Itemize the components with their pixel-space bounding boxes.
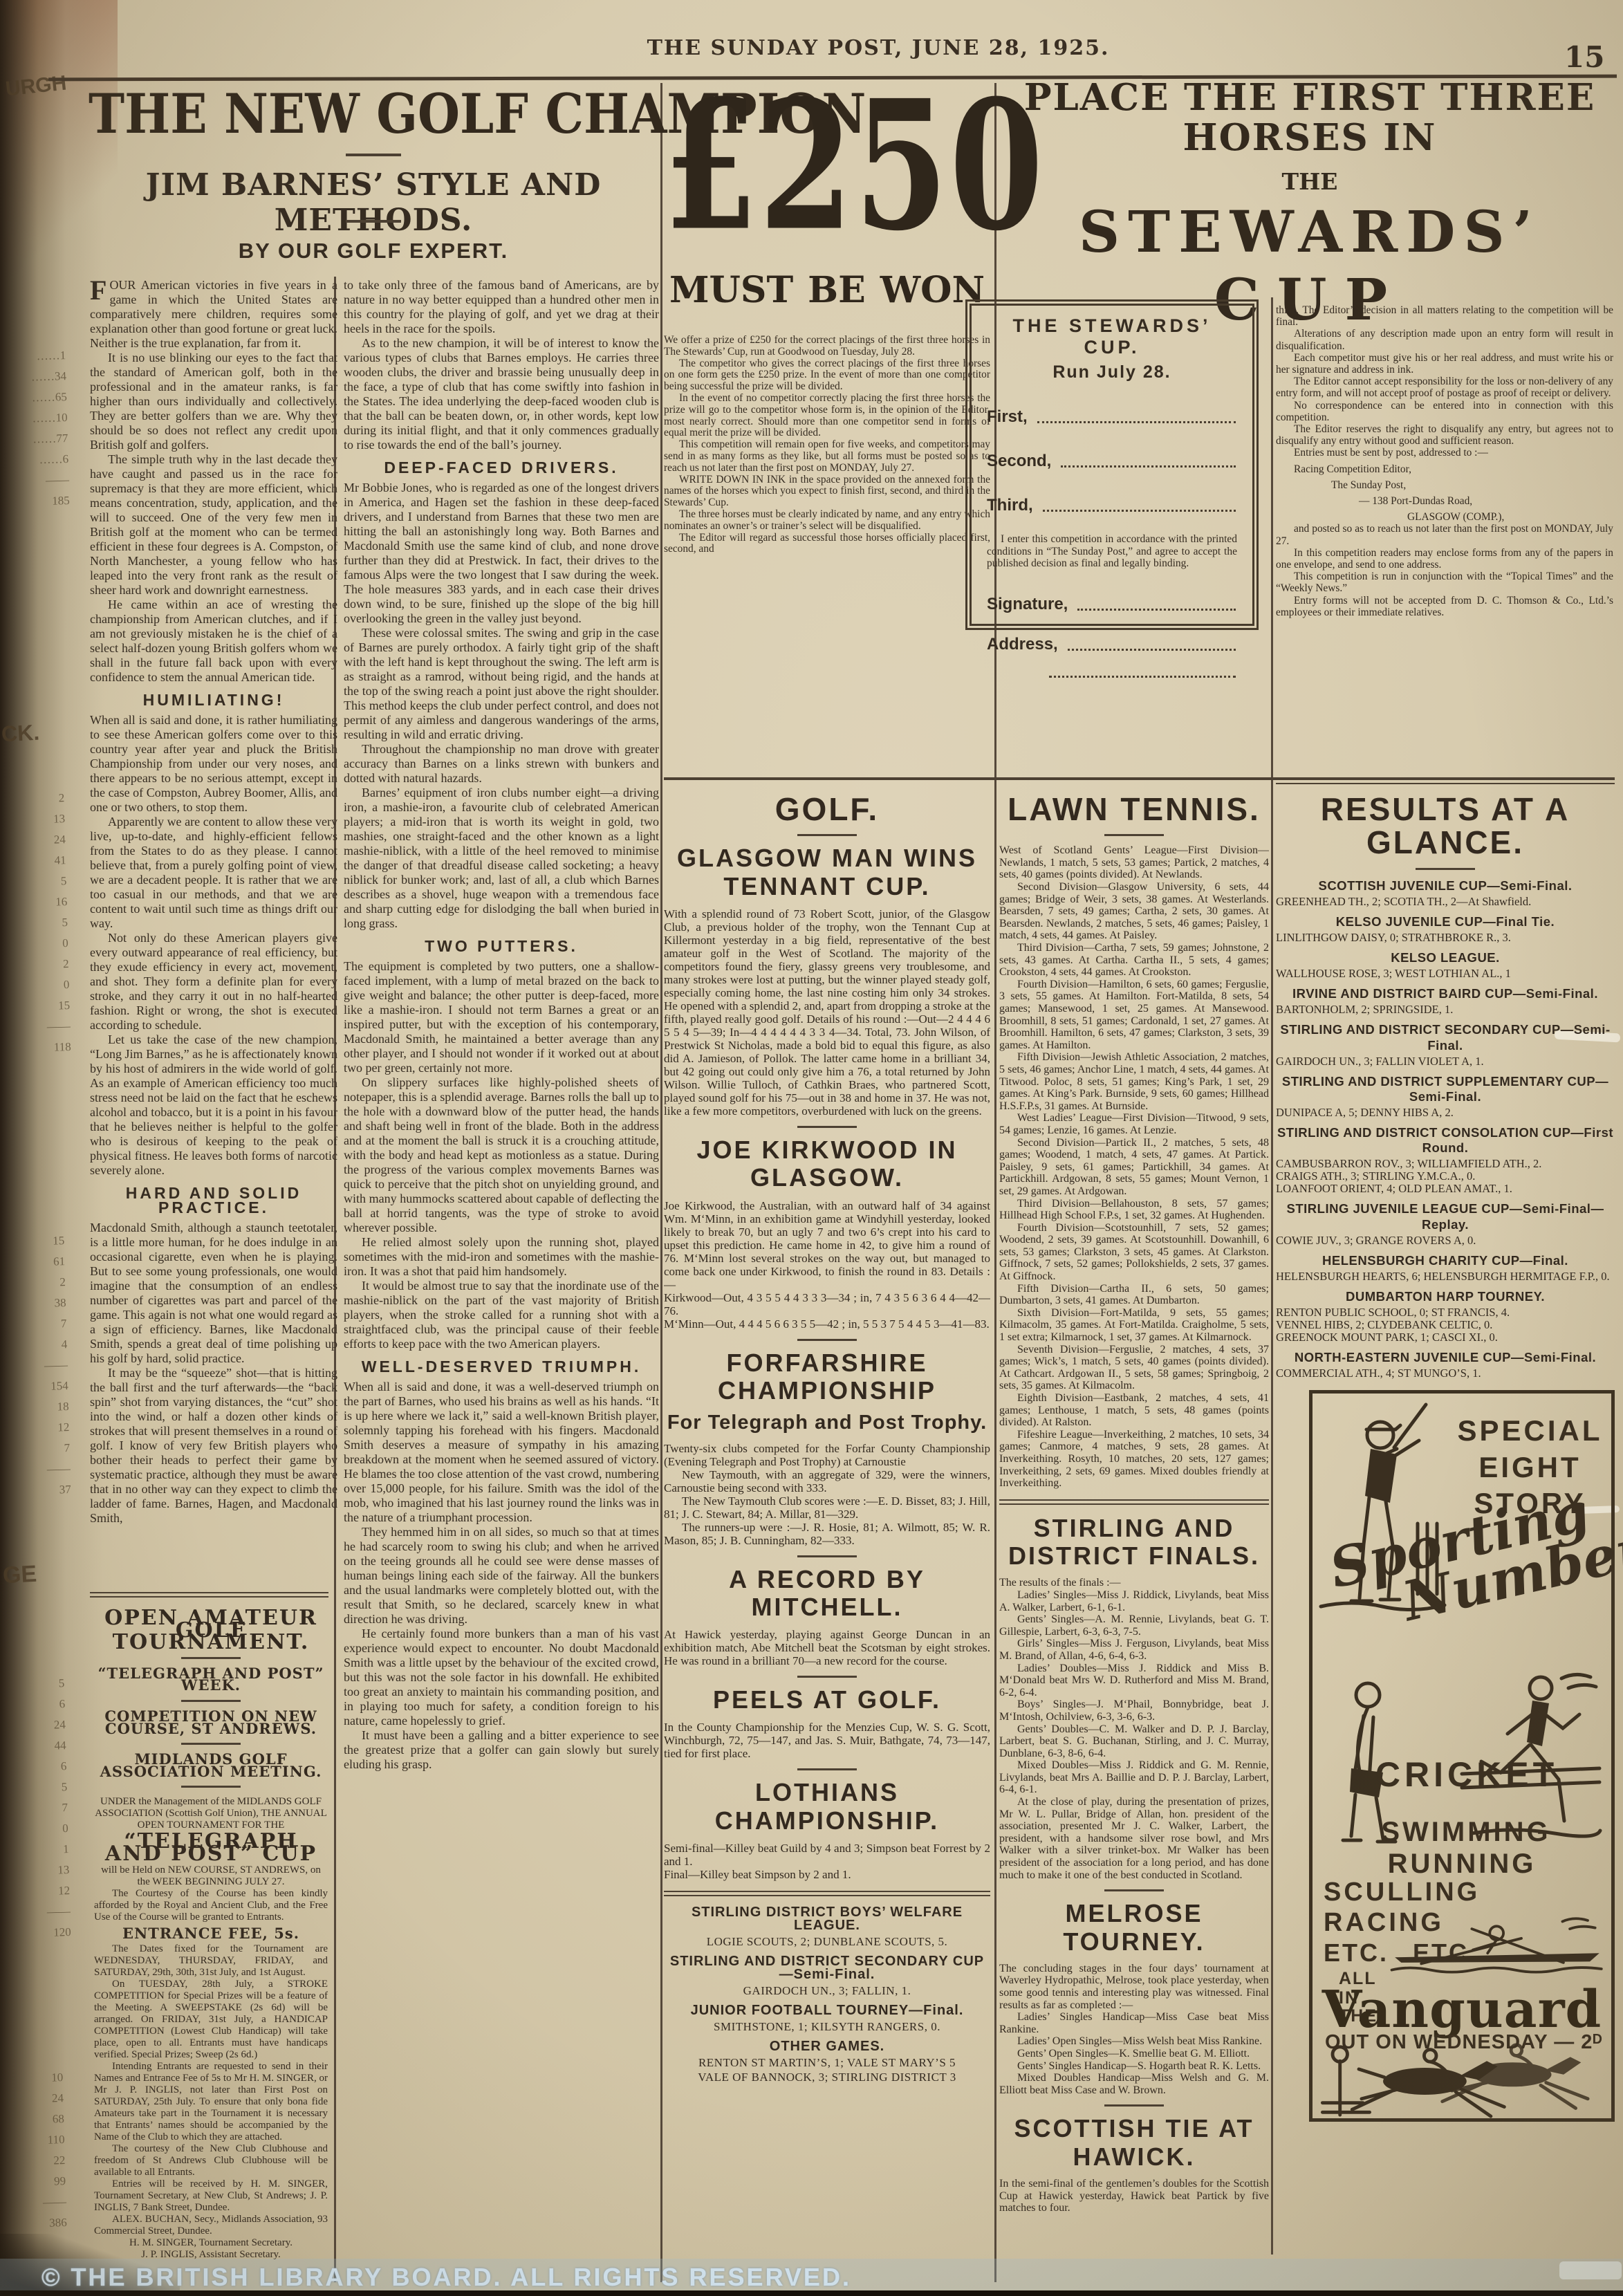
paragraph: On slippery surfaces like highly-polishe… [344, 1075, 659, 1235]
paragraph: HELENSBURGH CHARITY CUP—Final. [1276, 1253, 1615, 1268]
coupon-field-first: First, [987, 407, 1237, 427]
paragraph: 24 [17, 1714, 66, 1737]
entry-coupon: THE STEWARDS’ CUP. Run July 28. First, S… [965, 299, 1259, 630]
paragraph [797, 1126, 857, 1128]
paragraph: 10 [15, 2067, 64, 2089]
ad-word-cricket: CRICKET [1353, 1755, 1581, 1795]
paragraph: 61 [17, 1251, 66, 1273]
paragraph: The three horses must be clearly indicat… [664, 509, 990, 533]
paragraph: ……65 [18, 387, 67, 409]
paragraph: FOUR American victories in five years in… [90, 278, 337, 351]
paragraph: 13 [21, 1860, 70, 1882]
paragraph [797, 834, 857, 836]
paragraph: MELROSE TOURNEY. [999, 1900, 1269, 1956]
paragraph: Semi-final—Killey beat Guild by 4 and 3;… [664, 1842, 990, 1868]
paragraph: 2 [17, 1272, 66, 1294]
paragraph: 12 [21, 1880, 71, 1902]
gutter-numbers: 1024681102299——386 [15, 2067, 67, 2234]
paragraph: Fifth Division—Cartha II., 6 sets, 50 ga… [999, 1283, 1269, 1307]
paragraph: 386 [18, 2212, 67, 2234]
horse-race-sketch [1317, 2042, 1607, 2120]
paragraph: The Editor cannot accept responsibility … [1276, 376, 1613, 399]
paragraph: ENTRANCE FEE, 5s. [94, 1927, 328, 1940]
paragraph: 154 [19, 1376, 68, 1398]
sculler-sketch [1389, 1907, 1610, 1983]
paragraph: COWIE JUV., 3; GRANGE ROVERS A, 0. [1276, 1234, 1615, 1247]
paragraph [999, 1499, 1269, 1505]
paragraph: West Ladies’ League—First Division—Titwo… [999, 1112, 1269, 1136]
paragraph: At Hawick yesterday, playing against Geo… [664, 1628, 990, 1667]
paragraph: 5 [16, 1673, 65, 1695]
paragraph: In the County Championship for the Menzi… [664, 1721, 990, 1760]
paragraph: At the close of play, during the present… [999, 1796, 1269, 1881]
paragraph: Girls’ Singles—Miss J. Ferguson, Livylan… [999, 1638, 1269, 1662]
paragraph: and posted so as to reach us not later t… [1276, 523, 1613, 546]
paragraph: The Sunday Post, [1276, 479, 1613, 491]
paragraph: 2 [16, 788, 65, 810]
paragraph: 18 [20, 1396, 69, 1418]
paragraph: DEEP-FACED DRIVERS. [344, 461, 659, 475]
paragraph: 16 [19, 891, 68, 914]
paragraph: Eighth Division—Eastbank, 2 matches, 4 s… [999, 1392, 1269, 1429]
paragraph: The courtesy of the New Club Clubhouse a… [94, 2143, 328, 2178]
paragraph: STIRLING JUVENILE LEAGUE CUP—Semi-Final—… [1276, 1201, 1615, 1232]
column-divider-rule [90, 1592, 328, 1593]
paragraph: We offer a prize of £250 for the correct… [664, 335, 990, 358]
paragraph: Mixed Doubles—Miss J. Riddick and G. M. … [999, 1759, 1269, 1796]
paragraph: The New Taymouth Club scores were :—E. D… [664, 1494, 990, 1521]
paragraph: WRITE DOWN IN INK in the space provided … [664, 474, 990, 509]
paragraph: SCOTTISH TIE AT HAWICK. [999, 2115, 1269, 2171]
paragraph: Gents’ Open Singles—K. Smellie beat G. M… [999, 2048, 1269, 2060]
paragraph: SPECIAL [1456, 1413, 1604, 1450]
paragraph: Gents’ Singles Handicap—S. Hogarth beat … [999, 2060, 1269, 2073]
paragraph: 5 [19, 1777, 68, 1799]
paragraph: 68 [15, 2109, 64, 2131]
paragraph: CRAIGS ATH., 3; STIRLING Y.M.C.A., 0. [1276, 1170, 1615, 1183]
paragraph: —— [22, 1016, 71, 1038]
paragraph: Seventh Division—Ferguslie, 2 matches, 4… [999, 1344, 1269, 1392]
paragraph: 38 [17, 1293, 66, 1315]
paragraph: For Telegraph and Post Trophy. [664, 1411, 990, 1434]
paragraph: —— [21, 470, 70, 492]
section-rule [1276, 783, 1615, 784]
paragraph: OTHER GAMES. [664, 2040, 990, 2053]
tournament-notice: OPEN AMATEUR GOLF TOURNAMENT.“TELEGRAPH … [94, 1608, 328, 2282]
paragraph: Each competitor must give his or her rea… [1276, 352, 1613, 376]
paragraph: Second Division—Partick II., 2 matches, … [999, 1137, 1269, 1198]
paragraph: A RECORD BY MITCHELL. [664, 1566, 990, 1622]
paragraph: Apparently we are content to allow these… [90, 815, 337, 931]
ad-word-sculling: SCULLING [1324, 1878, 1480, 1907]
ad-word-swimming: SWIMMING [1362, 1817, 1570, 1848]
paragraph: STIRLING AND DISTRICT SECONDARY CUP—Semi… [664, 1955, 990, 1981]
prize-rules-text: We offer a prize of £250 for the correct… [664, 335, 990, 555]
paragraph: The equipment is completed by two putter… [344, 959, 659, 1075]
gutter-numbers: 2132441516502015——118 [16, 788, 71, 1059]
paragraph: 24 [17, 829, 66, 851]
paragraph: 44 [17, 1735, 66, 1757]
paragraph: 6 [17, 1694, 66, 1716]
scan-bottom-edge [0, 2290, 1623, 2296]
paragraph: 7 [19, 1797, 68, 1820]
masthead-title: THE SUNDAY POST, JUNE 28, 1925. [567, 36, 1189, 60]
address-field-label: Address, [987, 635, 1058, 654]
paragraph: STIRLING AND DISTRICT SUPPLEMENTARY CUP—… [1276, 1074, 1615, 1104]
lawn-tennis-column: LAWN TENNIS.West of Scotland Gents’ Leag… [999, 788, 1269, 2255]
gutter-fragment: CK. [1, 720, 40, 748]
paragraph: 0 [19, 933, 68, 955]
paragraph [181, 1700, 241, 1702]
third-field-label: Third, [987, 496, 1033, 515]
paragraph: 110 [16, 2129, 65, 2151]
paragraph [1104, 2104, 1164, 2107]
paragraph [1104, 1889, 1164, 1891]
paragraph: Twenty-six clubs competed for the Forfar… [664, 1442, 990, 1468]
paragraph: IRVINE AND DISTRICT BAIRD CUP—Semi-Final… [1276, 986, 1615, 1001]
paragraph [181, 1743, 241, 1745]
paragraph: SCOTTISH JUVENILE CUP—Semi-Final. [1276, 878, 1615, 894]
paragraph: He relied almost solely upon the running… [344, 1235, 659, 1279]
paragraph: ……1 [17, 345, 66, 367]
paragraph: —— [22, 1459, 71, 1481]
paragraph: The runners-up were :—J. R. Hosie, 81; A… [664, 1521, 990, 1547]
paragraph: RENTON PUBLIC SCHOOL, 0; ST FRANCIS, 4. [1276, 1306, 1615, 1319]
paragraph: Third Division—Cartha, 7 sets, 59 games;… [999, 942, 1269, 979]
paragraph [181, 1786, 241, 1788]
paragraph: Fourth Division—Hamilton, 6 sets, 60 gam… [999, 979, 1269, 1052]
paragraph: 7 [18, 1313, 67, 1335]
gutter-numbers: 562444657011312——120 [16, 1673, 71, 1944]
paragraph: On TUESDAY, 28th July, a STROKE COMPETIT… [94, 1979, 328, 2061]
paragraph: H. M. SINGER, Tournament Secretary. [94, 2237, 328, 2249]
paragraph: OPEN AMATEUR GOLF TOURNAMENT. [94, 1612, 328, 1649]
paragraph: DUNIPACE A, 5; DENNY HIBS A, 2. [1276, 1107, 1615, 1119]
paragraph: “TELEGRAPH AND POST” CUP [94, 1835, 328, 1860]
paragraph: COMMERCIAL ATH., 4; ST MUNGO’S, 1. [1276, 1367, 1615, 1380]
paragraph [664, 1891, 990, 1896]
paragraph: Entries will be received by H. M. SINGER… [94, 2178, 328, 2214]
paragraph: It may be the “squeeze” shot—that is hit… [90, 1366, 337, 1526]
stewards-headline-line: HORSES IN [1004, 118, 1615, 158]
paragraph: STIRLING DISTRICT BOYS’ WELFARE LEAGUE. [664, 1906, 990, 1932]
paragraph: GAIRDOCH UN., 3; FALLIN VIOLET A, 1. [1276, 1055, 1615, 1068]
paragraph: Second Division—Glasgow University, 6 se… [999, 881, 1269, 942]
paragraph: In this competition readers may enclose … [1276, 547, 1613, 571]
paragraph: The Editor reserves the right to disqual… [1276, 423, 1613, 447]
paragraph: HUMILIATING! [90, 693, 337, 707]
coupon-field-second: Second, [987, 452, 1237, 471]
paragraph: third. The Editor’s decision in all matt… [1276, 304, 1613, 328]
paragraph: It must have been a galling and a bitter… [344, 1728, 659, 1772]
paragraph: Alterations of any description made upon… [1276, 328, 1613, 351]
paragraph: 22 [17, 2150, 66, 2172]
golf-news-column: GOLF.GLASGOW MAN WINS TENNANT CUP.With a… [664, 788, 990, 2282]
paragraph [797, 1339, 857, 1341]
paragraph: Mixed Doubles Handicap—Miss Welsh and G.… [999, 2072, 1269, 2096]
paragraph: VENNEL HIBS, 2; CLYDEBANK CELTIC, 0. [1276, 1319, 1615, 1331]
address-field-blank [1068, 648, 1236, 651]
paragraph: 5 [19, 912, 68, 934]
coupon-field-signature: Signature, [987, 595, 1237, 614]
second-field-label: Second, [987, 452, 1051, 471]
results-at-a-glance: RESULTS AT A GLANCE.SCOTTISH JUVENILE CU… [1276, 788, 1615, 1385]
paragraph: The concluding stages in the four days’ … [999, 1963, 1269, 2011]
paragraph [181, 1657, 241, 1659]
paragraph [797, 1676, 857, 1678]
paragraph: —— [22, 1901, 71, 1923]
ad-word-running: RUNNING [1358, 1849, 1566, 1880]
paragraph: COMPETITION ON NEW COURSE, ST ANDREWS. [94, 1710, 328, 1734]
paragraph: He certainly found more bunkers than a m… [344, 1627, 659, 1728]
paragraph: Gents’ Doubles—C. M. Walker and D. P. J.… [999, 1723, 1269, 1760]
paragraph: FORFARSHIRE CHAMPIONSHIP [664, 1349, 990, 1405]
paragraph: Entry forms will not be accepted from D.… [1276, 595, 1613, 618]
paragraph: NORTH-EASTERN JUVENILE CUP—Semi-Final. [1276, 1350, 1615, 1365]
paragraph: It is no use blinking our eyes to the fa… [90, 351, 337, 452]
paragraph: 13 [17, 808, 66, 831]
signature-field-blank [1077, 608, 1236, 611]
prize-block: £250 MUST BE WON We offer a prize of £25… [664, 61, 990, 555]
paragraph: 4 [19, 1334, 68, 1356]
paragraph: HELENSBURGH HEARTS, 6; HELENSBURGH HERMI… [1276, 1270, 1615, 1283]
paragraph [1416, 868, 1475, 870]
address-field-blank-2 [1049, 675, 1236, 678]
paragraph: LOANFOOT ORIENT, 4; OLD PLEAN AMAT., 1. [1276, 1183, 1615, 1195]
paragraph: “TELEGRAPH AND POST” WEEK. [94, 1667, 328, 1692]
paragraph: When all is said and done, it is rather … [90, 713, 337, 815]
paragraph: will be Held on NEW COURSE, ST ANDREWS, … [94, 1864, 328, 1888]
paragraph: SMITHSTONE, 1; KILSYTH RANGERS, 0. [664, 2020, 990, 2033]
paragraph: 120 [22, 1922, 71, 1944]
paragraph: MIDLANDS GOLF ASSOCIATION MEETING. [94, 1753, 328, 1777]
paragraph: —— [18, 2192, 67, 2214]
paragraph: Joe Kirkwood, the Australian, with an ou… [664, 1199, 990, 1291]
prize-amount: £250 [664, 61, 990, 303]
paragraph: ……6 [20, 449, 69, 471]
paragraph: The Courtesy of the Course has been kind… [94, 1888, 328, 1923]
paragraph: STIRLING AND DISTRICT CONSOLATION CUP—Fi… [1276, 1125, 1615, 1156]
paragraph: 37 [22, 1479, 71, 1501]
coupon-declaration: I enter this competition in accordance w… [987, 533, 1237, 570]
vanguard-advert: SPECIALEIGHTSTORY Sporting Number [1309, 1390, 1615, 2122]
paragraph: Kirkwood—Out, 4 3 5 5 4 4 3 3 3—34 ; in,… [664, 1291, 990, 1317]
paragraph: LINLITHGOW DAISY, 0; STRATHBROKE R., 3. [1276, 932, 1615, 944]
paragraph: Entries must be sent by post, addressed … [1276, 447, 1613, 459]
paragraph: The results of the finals :— [999, 1577, 1269, 1589]
feature-column-1: FOUR American victories in five years in… [90, 278, 337, 1584]
paragraph: JOE KIRKWOOD IN GLASGOW. [664, 1136, 990, 1192]
paragraph: EIGHT [1456, 1450, 1604, 1486]
paragraph [1104, 834, 1164, 836]
paragraph: New Taymouth, with an aggregate of 329, … [664, 1468, 990, 1494]
column-rule [660, 83, 662, 2282]
paragraph: GREENOCK MOUNT PARK, 1; CASCI XI., 0. [1276, 1331, 1615, 1344]
paragraph: to take only three of the famous band of… [344, 278, 659, 336]
coupon-field-address: Address, [987, 635, 1237, 654]
paragraph: UNDER the Management of the MIDLANDS GOL… [94, 1796, 328, 1831]
paragraph: 15 [16, 1230, 65, 1252]
paragraph: Not only do these American players give … [90, 931, 337, 1033]
paragraph: 118 [22, 1037, 71, 1059]
paragraph: These were colossal smites. The swing an… [344, 626, 659, 742]
paragraph: Fourth Division—Scotstounhill, 7 sets, 5… [999, 1222, 1269, 1283]
page-number: 15 [1564, 40, 1604, 74]
paragraph [797, 1768, 857, 1770]
column-rule [1271, 297, 1273, 2255]
paragraph: 41 [17, 850, 66, 872]
paragraph: BARTONHOLM, 2; SPRINGSIDE, 1. [1276, 1003, 1615, 1016]
paragraph: Fifeshire League—Inverkeithing, 2 matche… [999, 1429, 1269, 1490]
paragraph: PEELS AT GOLF. [664, 1686, 990, 1714]
paragraph: HARD AND SOLID PRACTICE. [90, 1186, 337, 1215]
paragraph: With a splendid round of 73 Robert Scott… [664, 907, 990, 1118]
feature-byline: BY OUR GOLF EXPERT. [89, 239, 658, 263]
third-field-blank [1043, 509, 1236, 512]
stewards-headline: PLACE THE FIRST THREE HORSES IN THE STEW… [1004, 77, 1615, 333]
paragraph: 7 [21, 1438, 71, 1460]
paragraph: DUMBARTON HARP TOURNEY. [1276, 1289, 1615, 1304]
paragraph: 2 [20, 954, 69, 976]
signature-field-label: Signature, [987, 595, 1068, 614]
paragraph: The Editor will regard as successful tho… [664, 533, 990, 556]
paragraph: 12 [21, 1417, 70, 1439]
column-divider-rule [90, 1596, 328, 1598]
newspaper-page: URGH CK. GE ……1……34……65……10……77……6——185 … [0, 0, 1623, 2296]
paragraph: LAWN TENNIS. [999, 793, 1269, 826]
competition-conditions: third. The Editor’s decision in all matt… [1276, 304, 1613, 769]
paragraph: STIRLING AND DISTRICT FINALS. [999, 1515, 1269, 1571]
first-field-label: First, [987, 407, 1028, 427]
headline-rule [346, 154, 401, 156]
paragraph: 0 [19, 1818, 68, 1840]
gutter-numbers: 156123874——15418127——37 [16, 1230, 71, 1501]
paragraph: Boys’ Singles—J. M‘Phail, Bonnybridge, b… [999, 1698, 1269, 1723]
paragraph: GOLF. [664, 793, 990, 826]
paragraph: RESULTS AT A GLANCE. [1276, 793, 1615, 860]
paragraph: STIRLING AND DISTRICT SECONDARY CUP—Semi… [1276, 1022, 1615, 1053]
paragraph: Macdonald Smith, although a staunch teet… [90, 1221, 337, 1366]
paragraph: This competition is run in conjunction w… [1276, 571, 1613, 594]
paragraph: GLASGOW (COMP.), [1276, 511, 1613, 523]
paragraph: Sixth Division—Fort-Matilda, 9 sets, 55 … [999, 1307, 1269, 1344]
paragraph: 24 [15, 2088, 64, 2110]
paragraph: CAMBUSBARRON ROV., 3; WILLIAMFIELD ATH.,… [1276, 1158, 1615, 1170]
paragraph: When all is said and done, it was a well… [344, 1380, 659, 1525]
paragraph: Ladies’ Singles Handicap—Miss Case beat … [999, 2011, 1269, 2035]
paragraph: West of Scotland Gents’ League—First Div… [999, 844, 1269, 881]
paragraph: —— [19, 1355, 68, 1377]
paragraph: ALEX. BUCHAN, Secy., Midlands Associatio… [94, 2214, 328, 2237]
paragraph: Let us take the case of the new champion… [90, 1033, 337, 1178]
paragraph: RENTON ST MARTIN’S, 1; VALE ST MARY’S 5 [664, 2056, 990, 2069]
feature-headline: THE NEW GOLF CHAMPION [89, 82, 658, 146]
paragraph: KELSO JUVENILE CUP—Final Tie. [1276, 914, 1615, 929]
gutter-fragment: GE [2, 1561, 37, 1590]
paragraph: WALLHOUSE ROSE, 3; WEST LOTHIAN AL., 1 [1276, 968, 1615, 980]
paragraph: Fifth Division—Jewish Athletic Associati… [999, 1051, 1269, 1112]
paragraph: KELSO LEAGUE. [1276, 950, 1615, 965]
paragraph: Throughout the championship no man drove… [344, 742, 659, 786]
watermark-text: © THE BRITISH LIBRARY BOARD. ALL RIGHTS … [41, 2263, 851, 2292]
paragraph: GLASGOW MAN WINS TENNANT CUP. [664, 844, 990, 900]
paragraph: Ladies’ Open Singles—Miss Welsh beat Mis… [999, 2035, 1269, 2048]
paragraph: In the semi-final of the gentlemen’s dou… [999, 2178, 1269, 2214]
paragraph: Gents’ Singles—A. M. Rennie, Livylands, … [999, 1613, 1269, 1638]
paragraph: ……34 [18, 366, 67, 388]
paragraph: 99 [17, 2171, 66, 2193]
paragraph: GREENHEAD TH., 2; SCOTIA TH., 2—At Shawf… [1276, 896, 1615, 908]
first-field-blank [1037, 420, 1236, 423]
paragraph: The competitor who gives the correct pla… [664, 358, 990, 393]
paragraph: 0 [21, 974, 70, 997]
paragraph: Intending Entrants are requested to send… [94, 2061, 328, 2143]
paragraph: ……10 [19, 407, 68, 429]
section-rule [664, 777, 1615, 780]
paragraph: 1 [20, 1839, 69, 1861]
headline-rule [346, 220, 401, 223]
paragraph: They hemmed him in on all sides, so much… [344, 1525, 659, 1627]
paragraph: TWO PUTTERS. [344, 939, 659, 954]
binding-gutter-shadow [0, 0, 104, 2296]
paragraph: 15 [21, 995, 71, 1017]
second-field-blank [1061, 465, 1236, 467]
stewards-headline-line: PLACE THE FIRST THREE [1004, 77, 1615, 118]
coupon-field-address-2 [987, 675, 1237, 681]
paragraph: ……77 [19, 428, 68, 450]
paragraph: 185 [21, 490, 70, 512]
paragraph: — 138 Port-Dundas Road, [1276, 495, 1613, 507]
paragraph: JUNIOR FOOTBALL TOURNEY—Final. [664, 2004, 990, 2017]
paragraph: 6 [18, 1756, 67, 1778]
paragraph: In the event of no competitor correctly … [664, 393, 990, 439]
paragraph: He came within an ace of wresting the ch… [90, 598, 337, 685]
stewards-headline-line: THE [1004, 168, 1615, 195]
gutter-numbers: ……1……34……65……10……77……6——185 [17, 345, 70, 512]
coupon-race-date: Run July 28. [987, 362, 1237, 382]
paragraph: M‘Minn—Out, 4 4 4 5 6 6 3 5 5—42 ; in, 5… [664, 1317, 990, 1331]
paragraph: The simple truth why in the last decade … [90, 452, 337, 598]
paragraph: Ladies’ Singles—Miss J. Riddick, Livylan… [999, 1589, 1269, 1613]
paragraph: No correspondence can be entered into in… [1276, 400, 1613, 423]
paragraph: 5 [18, 871, 67, 893]
paragraph: Racing Competition Editor, [1276, 463, 1613, 475]
paragraph: Ladies’ Doubles—Miss J. Riddick and Miss… [999, 1663, 1269, 1699]
paragraph: This competition will remain open for fi… [664, 439, 990, 474]
paragraph [797, 1555, 857, 1557]
paragraph: LOGIE SCOUTS, 2; DUNBLANE SCOUTS, 5. [664, 1935, 990, 1948]
paragraph: As to the new champion, it will be of in… [344, 336, 659, 452]
paragraph: The Dates fixed for the Tournament are W… [94, 1943, 328, 1979]
paragraph: Mr Bobbie Jones, who is regarded as one … [344, 481, 659, 626]
paragraph: LOTHIANS CHAMPIONSHIP. [664, 1779, 990, 1835]
coupon-title: THE STEWARDS’ CUP. [987, 315, 1237, 358]
paragraph: Third Division—Bellahouston, 8 sets, 57 … [999, 1198, 1269, 1222]
coupon-field-third: Third, [987, 496, 1237, 515]
paragraph: It would be almost true to say that the … [344, 1279, 659, 1351]
feature-column-2: to take only three of the famous band of… [344, 278, 659, 2284]
paragraph: Final—Killey beat Simpson by 2 and 1. [664, 1868, 990, 1881]
paragraph: GAIRDOCH UN., 3; FALLIN, 1. [664, 1984, 990, 1997]
paragraph: WELL-DESERVED TRIUMPH. [344, 1360, 659, 1374]
paragraph: Barnes’ equipment of iron clubs number e… [344, 786, 659, 931]
feature-subhead: JIM BARNES’ STYLE AND METHODS. [89, 167, 658, 238]
stewards-headline-line: STEWARDS’ [1004, 199, 1615, 266]
paragraph: VALE OF BANNOCK, 3; STIRLING DISTRICT 3 [664, 2071, 990, 2084]
